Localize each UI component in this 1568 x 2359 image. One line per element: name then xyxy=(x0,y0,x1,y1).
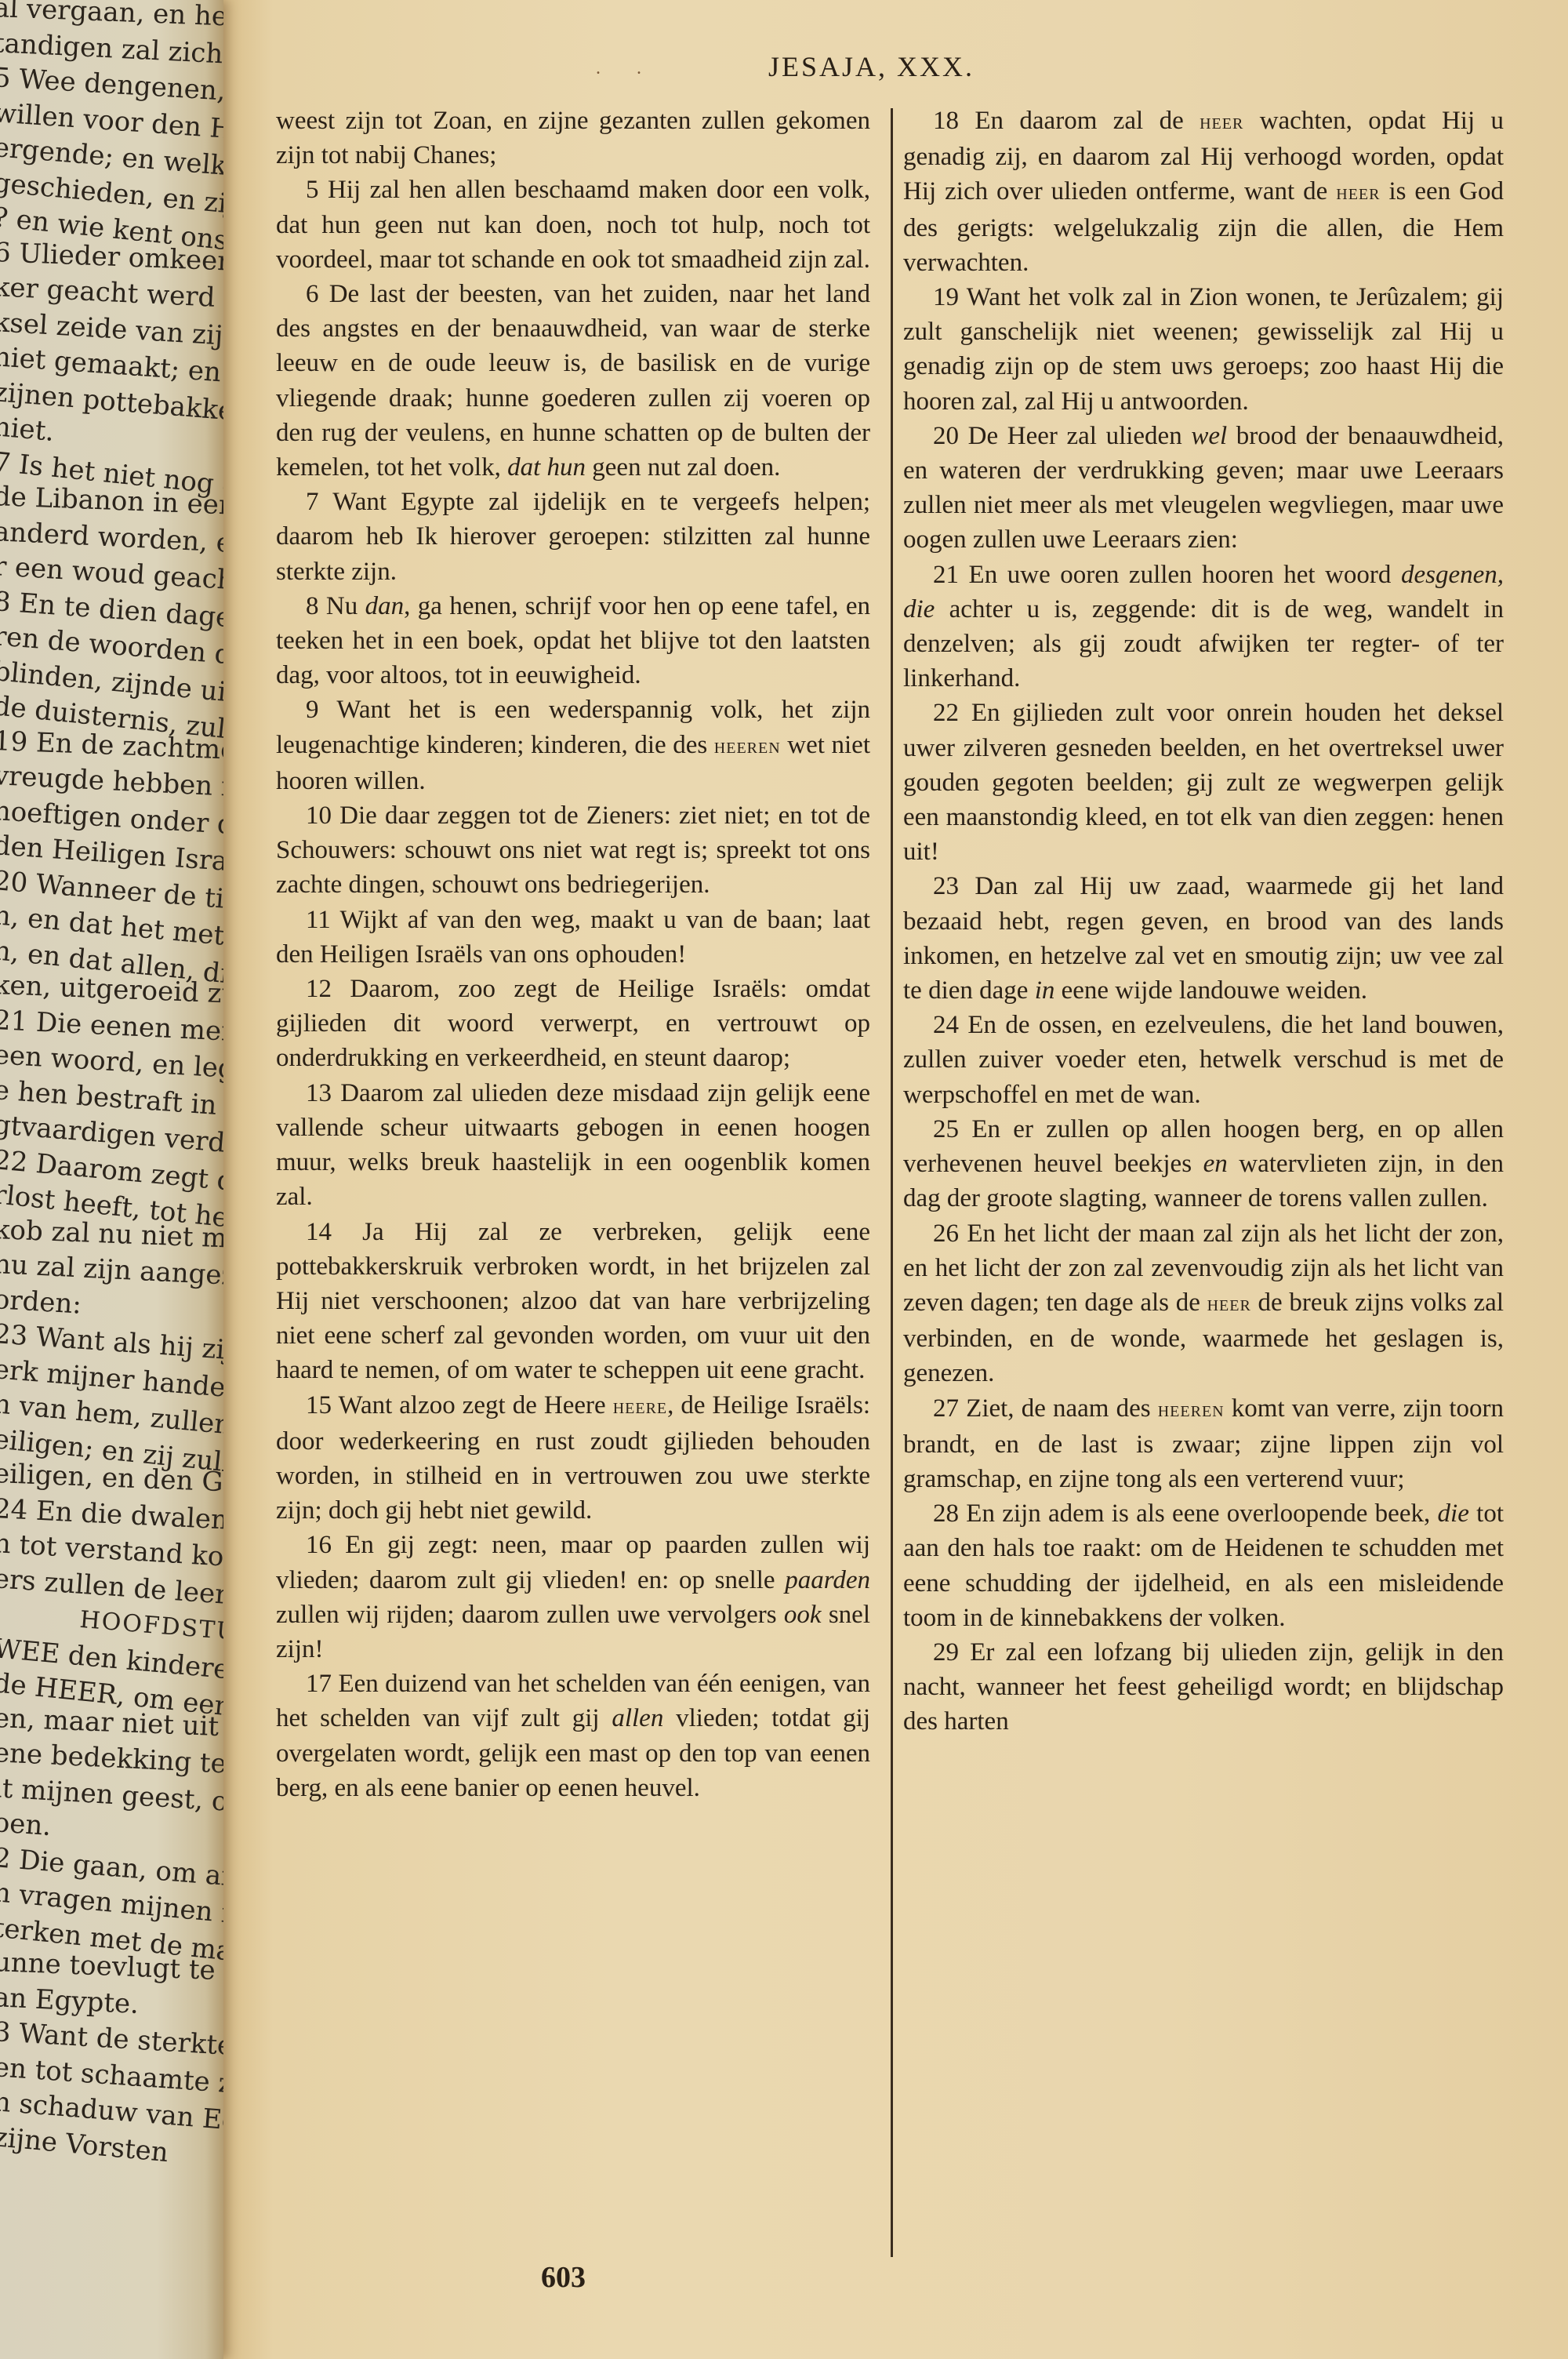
verse: 11 Wijkt af van den weg, maakt u van de … xyxy=(276,903,870,972)
verse-text: En gij zegt: neen, maar op paarden zulle… xyxy=(276,1531,870,1663)
verse-number: 11 xyxy=(306,906,340,934)
verse: 10 Die daar zeggen tot de Zieners: ziet … xyxy=(276,798,870,903)
verse: 13 Daarom zal ulieden deze misdaad zijn … xyxy=(276,1076,870,1215)
verse: 16 En gij zegt: neen, maar op paarden zu… xyxy=(276,1528,870,1667)
verse-number: 24 xyxy=(933,1011,967,1039)
verse-number: 22 xyxy=(933,699,971,727)
verse-number: 13 xyxy=(306,1079,340,1107)
verse-number: 16 xyxy=(306,1531,345,1559)
verse-text: Ja Hij zal ze verbreken, gelijk eene pot… xyxy=(276,1218,870,1385)
verse-number: 27 xyxy=(933,1394,966,1423)
verse-text: En daarom zal de heer wachten, opdat Hij… xyxy=(903,107,1504,277)
verse-number: 12 xyxy=(306,975,350,1003)
verse-number: 21 xyxy=(933,561,969,589)
verse: 14 Ja Hij zal ze verbreken, gelijk eene … xyxy=(276,1215,870,1388)
verse-text: En gijlieden zult voor onrein houden het… xyxy=(903,699,1504,866)
verse: 29 Er zal een lofzang bij ulieden zijn, … xyxy=(903,1635,1504,1739)
verse-text: En de ossen, en ezelveulens, die het lan… xyxy=(903,1011,1504,1108)
right-column: 18 En daarom zal de heer wachten, opdat … xyxy=(903,104,1504,1739)
verse-text: En zijn adem is als eene overloopende be… xyxy=(903,1499,1504,1632)
verse-text: Daarom zal ulieden deze misdaad zijn gel… xyxy=(276,1079,870,1212)
verse: 26 En het licht der maan zal zijn als he… xyxy=(903,1216,1504,1391)
verse-number: 15 xyxy=(306,1391,338,1419)
verse: 20 De Heer zal ulieden wel brood der ben… xyxy=(903,419,1504,558)
verse-text: Nu dan, ga henen, schrijf voor hen op ee… xyxy=(276,592,870,689)
verse-text: Hij zal hen allen beschaamd maken door e… xyxy=(276,176,870,273)
verse-number: 9 xyxy=(306,696,336,724)
facing-page-text: al vergaan, en het ver-tandigen zal zich… xyxy=(0,0,223,2154)
verse-number: 26 xyxy=(933,1219,967,1248)
verse-number: 29 xyxy=(933,1638,970,1667)
verse-text: De Heer zal ulieden wel brood der benaau… xyxy=(903,422,1504,554)
verse-number: 17 xyxy=(306,1670,338,1698)
verse-text: Want het volk zal in Zion wonen, te Jerû… xyxy=(903,283,1504,416)
verse: 24 En de ossen, en ezelveulens, die het … xyxy=(903,1008,1504,1112)
verse-number: 28 xyxy=(933,1499,966,1528)
verse-text: Want alzoo zegt de Heere heere, de Heili… xyxy=(276,1391,870,1525)
facing-page-leaf: al vergaan, en het ver-tandigen zal zich… xyxy=(0,0,223,2359)
verse: 6 De last der beesten, van het zuiden, n… xyxy=(276,277,870,485)
verse: 18 En daarom zal de heer wachten, opdat … xyxy=(903,104,1504,280)
verse-number: 25 xyxy=(933,1115,971,1143)
verse-number: 23 xyxy=(933,872,975,900)
verse-number: 20 xyxy=(933,422,968,450)
verse-text: Daarom, zoo zegt de Heilige Israëls: omd… xyxy=(276,975,870,1072)
verse-text: En het licht der maan zal zijn als het l… xyxy=(903,1219,1504,1388)
verse-number: 19 xyxy=(933,283,967,311)
verse: 17 Een duizend van het schelden van één … xyxy=(276,1667,870,1805)
verse: 27 Ziet, de naam des heeren komt van ver… xyxy=(903,1391,1504,1497)
verse-text: Die daar zeggen tot de Zieners: ziet nie… xyxy=(276,801,870,899)
verse-text: weest zijn tot Zoan, en zijne gezanten z… xyxy=(276,107,870,169)
verse-text: De last der beesten, van het zuiden, naa… xyxy=(276,280,870,482)
verse-text: Er zal een lofzang bij ulieden zijn, gel… xyxy=(903,1638,1504,1736)
verse-number: 8 xyxy=(306,592,326,620)
column-divider xyxy=(891,108,893,2257)
verse: 23 Dan zal Hij uw zaad, waarmede gij het… xyxy=(903,869,1504,1008)
verse: 28 En zijn adem is als eene overloopende… xyxy=(903,1496,1504,1635)
running-head: JESAJA, XXX. xyxy=(768,50,975,83)
verse-number: 6 xyxy=(306,280,329,308)
verse-text: Want Egypte zal ijdelijk en te vergeefs … xyxy=(276,488,870,585)
verse-text: Een duizend van het schelden van één een… xyxy=(276,1670,870,1802)
verse: 19 Want het volk zal in Zion wonen, te J… xyxy=(903,280,1504,419)
verse: 8 Nu dan, ga henen, schrijf voor hen op … xyxy=(276,589,870,693)
left-column: weest zijn tot Zoan, en zijne gezanten z… xyxy=(276,104,870,1805)
verse-text: Dan zal Hij uw zaad, waarmede gij het la… xyxy=(903,872,1504,1005)
print-specks: . . xyxy=(596,58,657,79)
page-number: 603 xyxy=(541,2260,586,2295)
verse-number: 5 xyxy=(306,176,328,204)
verse: weest zijn tot Zoan, en zijne gezanten z… xyxy=(276,104,870,173)
verse: 25 En er zullen op allen hoogen berg, en… xyxy=(903,1112,1504,1216)
verse: 21 En uwe ooren zullen hooren het woord … xyxy=(903,558,1504,696)
verse-number: 18 xyxy=(933,107,975,135)
verse: 7 Want Egypte zal ijdelijk en te vergeef… xyxy=(276,485,870,589)
verse: 22 En gijlieden zult voor onrein houden … xyxy=(903,696,1504,869)
verse-text: Ziet, de naam des heeren komt van verre,… xyxy=(903,1394,1504,1493)
verse-text: Want het is een wederspannig volk, het z… xyxy=(276,696,870,794)
verse: 5 Hij zal hen allen beschaamd maken door… xyxy=(276,173,870,277)
verse: 9 Want het is een wederspannig volk, het… xyxy=(276,692,870,798)
verse-number: 14 xyxy=(306,1218,362,1246)
verse: 15 Want alzoo zegt de Heere heere, de He… xyxy=(276,1388,870,1528)
verse-text: En er zullen op allen hoogen berg, en op… xyxy=(903,1115,1504,1212)
verse-number: 10 xyxy=(306,801,339,830)
verse: 12 Daarom, zoo zegt de Heilige Israëls: … xyxy=(276,972,870,1076)
verse-text: Wijkt af van den weg, maakt u van de baa… xyxy=(276,906,870,969)
verse-number: 7 xyxy=(306,488,332,516)
verse-text: En uwe ooren zullen hooren het woord des… xyxy=(903,561,1504,693)
